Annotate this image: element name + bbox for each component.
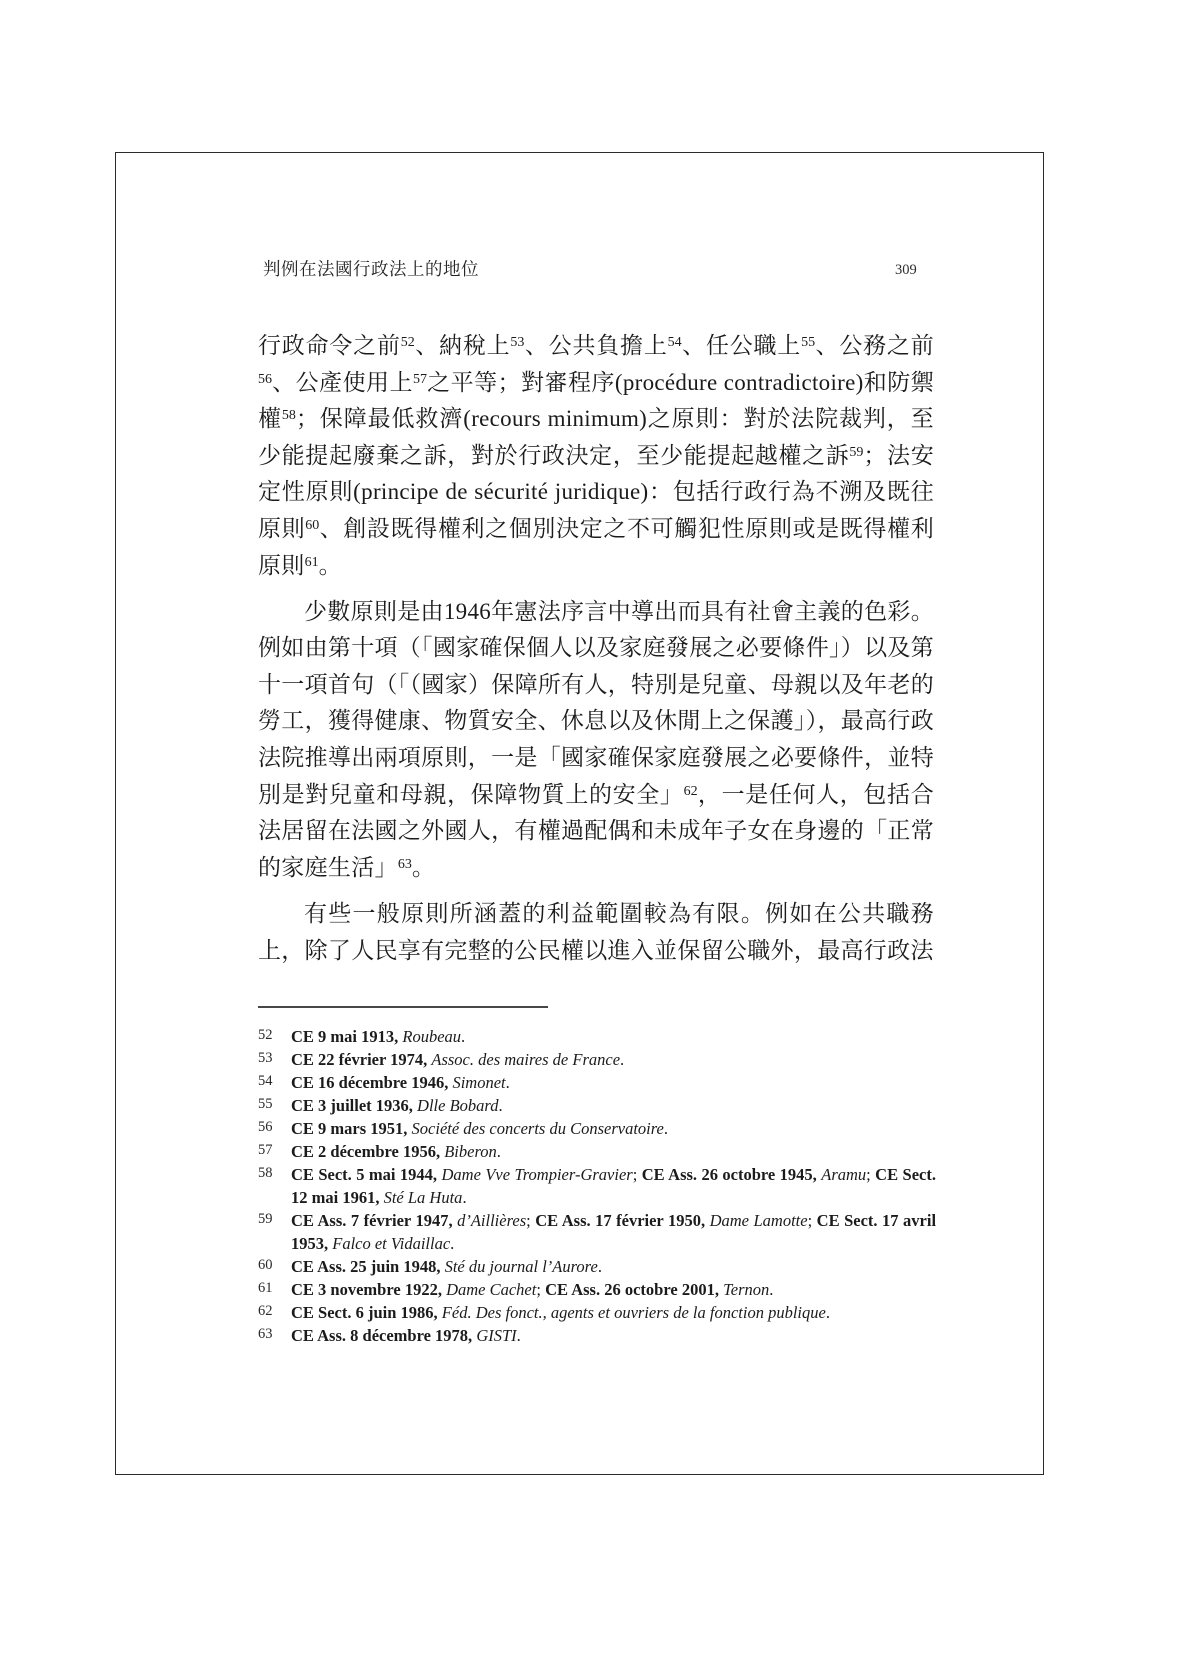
citation-text: . xyxy=(620,1050,624,1069)
citation-text: CE 16 décembre 1946, xyxy=(291,1073,452,1092)
footnote-item: 55CE 3 juillet 1936, Dlle Bobard. xyxy=(258,1094,936,1117)
footnote-item: 60CE Ass. 25 juin 1948, Sté du journal l… xyxy=(258,1255,936,1278)
footnote-ref: 60 xyxy=(305,518,319,533)
citation-text: ; xyxy=(866,1165,875,1184)
scanned-page: 判例在法國行政法上的地位 309 行政命令之前52、納稅上53、公共負擔上54、… xyxy=(0,0,1177,1664)
footnotes-list: 52CE 9 mai 1913, Roubeau.53CE 22 février… xyxy=(258,1025,936,1347)
case-name: Dlle Bobard xyxy=(417,1096,498,1115)
citation-text: CE Ass. 25 juin 1948, xyxy=(291,1257,445,1276)
citation-text: . xyxy=(450,1234,454,1253)
citation-text: . xyxy=(598,1257,602,1276)
citation-text: ; xyxy=(536,1280,545,1299)
page-number: 309 xyxy=(895,262,917,279)
footnote-number: 59 xyxy=(258,1208,273,1231)
footnote-number: 61 xyxy=(258,1277,273,1300)
paragraph: 少數原則是由1946年憲法序言中導出而具有社會主義的色彩。例如由第十項（「國家確… xyxy=(258,594,934,887)
citation-text: . xyxy=(664,1119,668,1138)
footnote-item: 54CE 16 décembre 1946, Simonet. xyxy=(258,1071,936,1094)
page-border-frame: 判例在法國行政法上的地位 309 行政命令之前52、納稅上53、公共負擔上54、… xyxy=(115,152,1044,1475)
footnote-ref: 63 xyxy=(398,857,412,872)
citation-text: . xyxy=(497,1142,501,1161)
case-name: Aramu xyxy=(821,1165,866,1184)
footnote-number: 58 xyxy=(258,1162,273,1185)
footnote-item: 57CE 2 décembre 1956, Biberon. xyxy=(258,1140,936,1163)
footnote-item: 63CE Ass. 8 décembre 1978, GISTI. xyxy=(258,1324,936,1347)
citation-text: . xyxy=(498,1096,502,1115)
citation-text: CE Ass. 26 octobre 2001, xyxy=(545,1280,723,1299)
footnote-item: 53CE 22 février 1974, Assoc. des maires … xyxy=(258,1048,936,1071)
footnote-ref: 54 xyxy=(668,335,682,350)
citation-text: CE Ass. 7 février 1947, xyxy=(291,1211,457,1230)
case-name: Ternon xyxy=(723,1280,769,1299)
footnote-ref: 61 xyxy=(305,555,319,570)
footnote-number: 56 xyxy=(258,1116,273,1139)
footnote-ref: 58 xyxy=(282,408,296,423)
footnote-ref: 59 xyxy=(849,445,863,460)
footnote-item: 52CE 9 mai 1913, Roubeau. xyxy=(258,1025,936,1048)
case-name: Sté La Huta xyxy=(384,1188,463,1207)
footnote-item: 59CE Ass. 7 février 1947, d’Aillières; C… xyxy=(258,1209,936,1255)
citation-text: CE 22 février 1974, xyxy=(291,1050,431,1069)
citation-text: . xyxy=(769,1280,773,1299)
citation-text: . xyxy=(462,1188,466,1207)
case-name: Roubeau xyxy=(402,1027,461,1046)
footnote-item: 58CE Sect. 5 mai 1944, Dame Vve Trompier… xyxy=(258,1163,936,1209)
citation-text: ; xyxy=(633,1165,642,1184)
citation-text: ; xyxy=(808,1211,817,1230)
case-name: Société des concerts du Conservatoire xyxy=(412,1119,664,1138)
footnote-ref: 55 xyxy=(801,335,815,350)
citation-text: CE Ass. 8 décembre 1978, xyxy=(291,1326,476,1345)
footnote-number: 63 xyxy=(258,1323,273,1346)
case-name: Biberon xyxy=(444,1142,497,1161)
case-name: d’Aillières xyxy=(457,1211,526,1230)
footnote-number: 60 xyxy=(258,1254,273,1277)
case-name: GISTI xyxy=(476,1326,516,1345)
footnote-item: 62CE Sect. 6 juin 1986, Féd. Des fonct.,… xyxy=(258,1301,936,1324)
footnote-ref: 53 xyxy=(510,335,524,350)
case-name: Simonet xyxy=(452,1073,505,1092)
footnote-number: 57 xyxy=(258,1139,273,1162)
citation-text: . xyxy=(517,1326,521,1345)
citation-text: CE 3 juillet 1936, xyxy=(291,1096,417,1115)
footnote-separator-rule xyxy=(258,1006,548,1008)
running-header-title: 判例在法國行政法上的地位 xyxy=(263,256,479,281)
citation-text: CE Ass. 26 octobre 1945, xyxy=(642,1165,822,1184)
footnote-item: 56CE 9 mars 1951, Société des concerts d… xyxy=(258,1117,936,1140)
paragraph: 有些一般原則所涵蓋的利益範圍較為有限。例如在公共職務上，除了人民享有完整的公民權… xyxy=(258,896,934,969)
citation-text: CE Ass. 17 février 1950, xyxy=(535,1211,709,1230)
citation-text: . xyxy=(826,1303,830,1322)
citation-text: CE 9 mai 1913, xyxy=(291,1027,402,1046)
citation-text: CE 9 mars 1951, xyxy=(291,1119,412,1138)
case-name: Dame Lamotte xyxy=(710,1211,808,1230)
citation-text: ; xyxy=(526,1211,535,1230)
case-name: Assoc. des maires de France xyxy=(431,1050,620,1069)
citation-text: CE Sect. 6 juin 1986, xyxy=(291,1303,442,1322)
body-text: 行政命令之前52、納稅上53、公共負擔上54、任公職上55、公務之前56、公產使… xyxy=(258,328,934,979)
footnote-number: 54 xyxy=(258,1070,273,1093)
footnote-ref: 52 xyxy=(401,335,415,350)
paragraph: 行政命令之前52、納稅上53、公共負擔上54、任公職上55、公務之前56、公產使… xyxy=(258,328,934,584)
footnote-ref: 57 xyxy=(413,372,427,387)
case-name: Dame Vve Trompier-Gravier xyxy=(441,1165,632,1184)
citation-text: . xyxy=(461,1027,465,1046)
case-name: Dame Cachet xyxy=(446,1280,536,1299)
citation-text: . xyxy=(506,1073,510,1092)
footnote-ref: 62 xyxy=(684,784,698,799)
footnote-number: 52 xyxy=(258,1024,273,1047)
footnote-ref: 56 xyxy=(258,372,272,387)
case-name: Féd. Des fonct., agents et ouvriers de l… xyxy=(442,1303,826,1322)
citation-text: CE Sect. 5 mai 1944, xyxy=(291,1165,441,1184)
case-name: Falco et Vidaillac xyxy=(332,1234,450,1253)
citation-text: CE 3 novembre 1922, xyxy=(291,1280,446,1299)
footnote-number: 62 xyxy=(258,1300,273,1323)
citation-text: CE 2 décembre 1956, xyxy=(291,1142,444,1161)
footnote-number: 53 xyxy=(258,1047,273,1070)
case-name: Sté du journal l’Aurore xyxy=(445,1257,598,1276)
footnote-number: 55 xyxy=(258,1093,273,1116)
footnote-item: 61CE 3 novembre 1922, Dame Cachet; CE As… xyxy=(258,1278,936,1301)
